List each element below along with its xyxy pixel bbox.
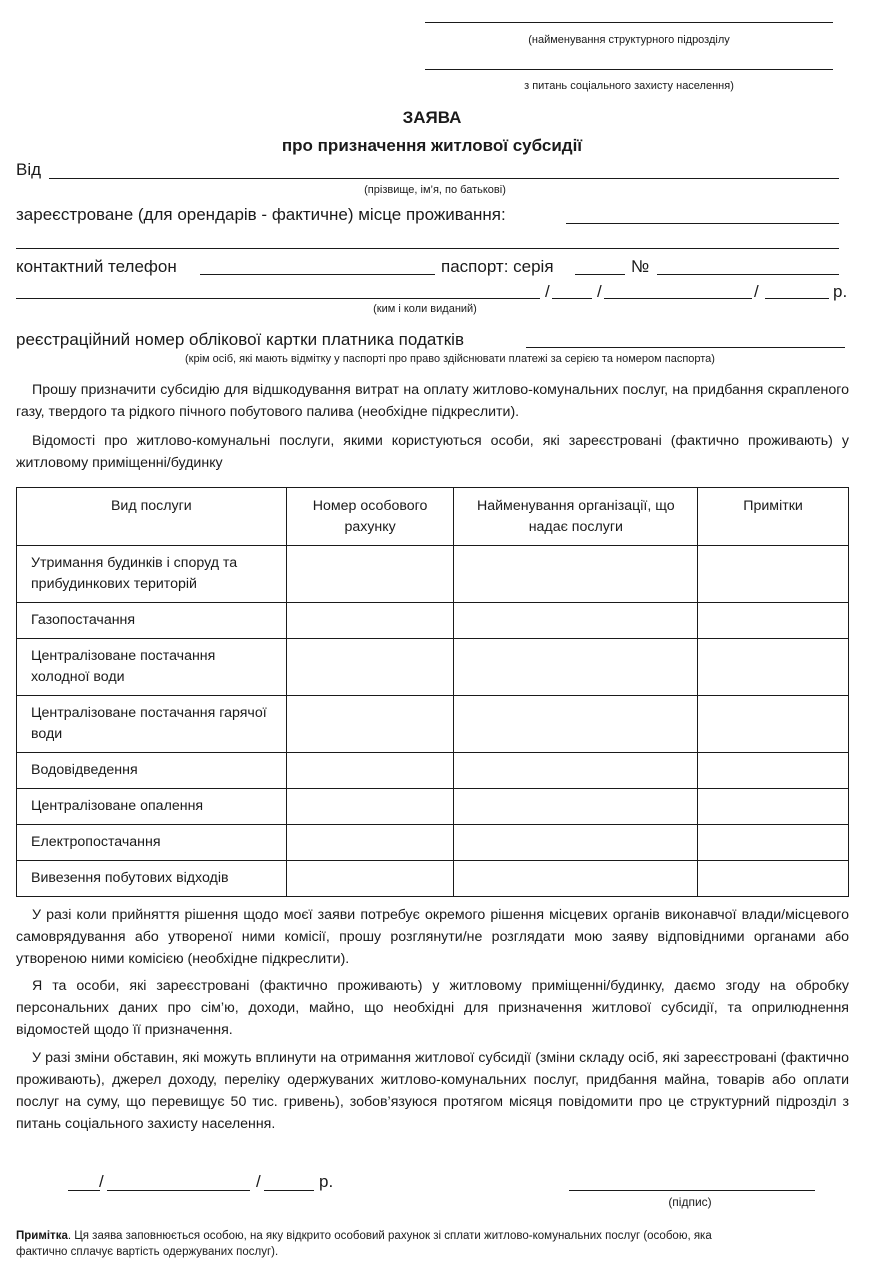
account-cell[interactable] [286, 696, 454, 753]
table-row: Вивезення побутових відходів [17, 861, 849, 897]
phone-field[interactable] [200, 274, 435, 275]
notes-cell[interactable] [698, 825, 849, 861]
tax-number-caption: (крім осіб, які мають відмітку у паспорт… [60, 353, 840, 365]
service-cell: Утримання будинків і споруд та прибудинк… [17, 546, 287, 603]
table-row: Централізоване постачання холодної води [17, 639, 849, 696]
services-table: Вид послуги Номер особового рахунку Найм… [16, 487, 849, 897]
account-cell[interactable] [286, 861, 454, 897]
signature-field[interactable] [569, 1190, 815, 1191]
tax-number-label: реєстраційний номер облікової картки пла… [16, 330, 464, 350]
sign-month-field[interactable] [107, 1190, 250, 1191]
footnote-label: Примітка [16, 1230, 68, 1242]
issued-caption: (ким і коли виданий) [300, 303, 550, 315]
sign-day-field[interactable] [68, 1190, 100, 1191]
department-caption-2: з питань соціального захисту населення) [425, 80, 833, 92]
date-separator: / [754, 282, 759, 302]
department-name-field-line-1[interactable] [425, 22, 833, 23]
footnote: Примітка. Ця заява заповнюється особою, … [16, 1228, 746, 1260]
account-cell[interactable] [286, 603, 454, 639]
table-row: Утримання будинків і споруд та прибудинк… [17, 546, 849, 603]
full-name-field[interactable] [49, 178, 839, 179]
sign-year-field[interactable] [264, 1190, 314, 1191]
table-row: Водовідведення [17, 753, 849, 789]
obligation-paragraph: У разі зміни обставин, які можуть вплину… [16, 1047, 849, 1135]
notes-cell[interactable] [698, 789, 849, 825]
residence-field-line-2[interactable] [16, 248, 839, 249]
account-cell[interactable] [286, 546, 454, 603]
header-account-number: Номер особового рахунку [286, 488, 454, 546]
account-cell[interactable] [286, 825, 454, 861]
passport-issued-by-field[interactable] [16, 298, 540, 299]
service-cell: Вивезення побутових відходів [17, 861, 287, 897]
table-row: Електропостачання [17, 825, 849, 861]
year-suffix: р. [833, 282, 847, 302]
service-cell: Централізоване постачання холодної води [17, 639, 287, 696]
services-intro-paragraph: Відомості про житлово-комунальні послуги… [16, 430, 849, 474]
notes-cell[interactable] [698, 603, 849, 639]
passport-series-label: паспорт: серія [441, 257, 554, 277]
account-cell[interactable] [286, 753, 454, 789]
notes-cell[interactable] [698, 546, 849, 603]
notes-cell[interactable] [698, 753, 849, 789]
table-header-row: Вид послуги Номер особового рахунку Найм… [17, 488, 849, 546]
date-separator: / [99, 1172, 104, 1192]
full-name-caption: (прізвище, ім’я, по батькові) [250, 184, 620, 196]
issued-year-field[interactable] [765, 298, 829, 299]
service-cell: Централізоване опалення [17, 789, 287, 825]
header-organization: Найменування організації, що надає послу… [454, 488, 698, 546]
service-cell: Водовідведення [17, 753, 287, 789]
organization-cell[interactable] [454, 696, 698, 753]
passport-number-label: № [631, 257, 649, 277]
issued-day-field[interactable] [552, 298, 592, 299]
account-cell[interactable] [286, 789, 454, 825]
account-cell[interactable] [286, 639, 454, 696]
organization-cell[interactable] [454, 546, 698, 603]
residence-label: зареєстроване (для орендарів - фактичне)… [16, 205, 506, 225]
commission-paragraph: У разі коли прийняття рішення щодо моєї … [16, 904, 849, 970]
footnote-text: . Ця заява заповнюється особою, на яку в… [16, 1230, 712, 1258]
service-cell: Централізоване постачання гарячої води [17, 696, 287, 753]
date-separator: / [545, 282, 550, 302]
header-service-type: Вид послуги [17, 488, 287, 546]
date-separator: / [256, 1172, 261, 1192]
organization-cell[interactable] [454, 603, 698, 639]
tax-number-field[interactable] [526, 347, 845, 348]
sign-year-suffix: р. [319, 1172, 333, 1192]
document-title: ЗАЯВА [0, 108, 864, 128]
phone-label: контактний телефон [16, 257, 177, 277]
table-row: Газопостачання [17, 603, 849, 639]
organization-cell[interactable] [454, 789, 698, 825]
residence-field[interactable] [566, 223, 839, 224]
department-caption-1: (найменування структурного підрозділу [425, 34, 833, 46]
department-name-field-line-2[interactable] [425, 69, 833, 70]
passport-series-field[interactable] [575, 274, 625, 275]
organization-cell[interactable] [454, 861, 698, 897]
notes-cell[interactable] [698, 639, 849, 696]
request-paragraph: Прошу призначити субсидію для відшкодува… [16, 379, 849, 423]
passport-number-field[interactable] [657, 274, 839, 275]
service-cell: Електропостачання [17, 825, 287, 861]
table-row: Централізоване опалення [17, 789, 849, 825]
notes-cell[interactable] [698, 696, 849, 753]
issued-month-field[interactable] [604, 298, 752, 299]
organization-cell[interactable] [454, 825, 698, 861]
from-label: Від [16, 160, 41, 180]
table-row: Централізоване постачання гарячої води [17, 696, 849, 753]
date-separator: / [597, 282, 602, 302]
organization-cell[interactable] [454, 753, 698, 789]
header-notes: Примітки [698, 488, 849, 546]
signature-caption: (підпис) [640, 1195, 740, 1209]
organization-cell[interactable] [454, 639, 698, 696]
consent-paragraph: Я та особи, які зареєстровані (фактично … [16, 975, 849, 1041]
document-subtitle: про призначення житлової субсидії [0, 136, 864, 156]
service-cell: Газопостачання [17, 603, 287, 639]
notes-cell[interactable] [698, 861, 849, 897]
